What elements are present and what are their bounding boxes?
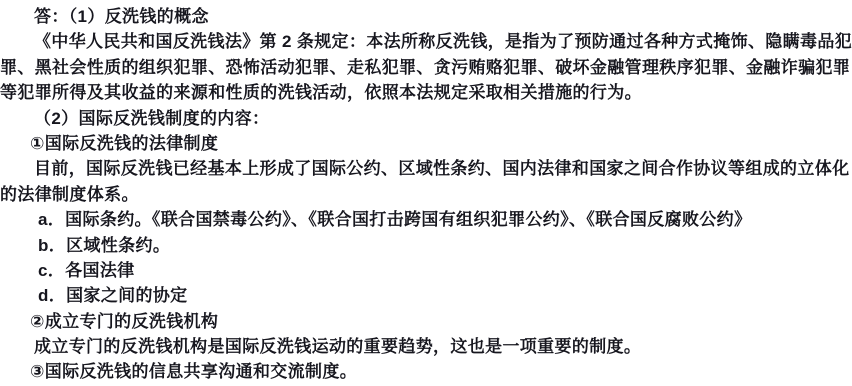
document-page: 答：（1）反洗钱的概念 《中华人民共和国反洗钱法》第 2 条规定：本法所称反洗钱… — [0, 0, 852, 386]
answer-concept-heading: 答：（1）反洗钱的概念 — [0, 4, 852, 29]
item-2-agency-paragraph: 成立专门的反洗钱机构是国际反洗钱运动的重要趋势，这也是一项重要的制度。 — [0, 334, 852, 359]
law-definition-line-2: 罪、黑社会性质的组织犯罪、恐怖活动犯罪、走私犯罪、贪污贿赂犯罪、破坏金融管理秩序… — [0, 55, 852, 80]
sub-item-a-treaties: a．国际条约。《联合国禁毒公约》、《联合国打击跨国有组织犯罪公约》、《联合国反腐… — [0, 207, 852, 232]
section-2-heading: （2）国际反洗钱制度的内容： — [0, 106, 852, 131]
law-definition-line-1: 《中华人民共和国反洗钱法》第 2 条规定：本法所称反洗钱，是指为了预防通过各种方… — [0, 29, 852, 54]
sub-item-b-regional: b．区域性条约。 — [0, 233, 852, 258]
sub-item-c-national-laws: c．各国法律 — [0, 258, 852, 283]
sub-item-d-agreements: d．国家之间的协定 — [0, 283, 852, 308]
law-definition-line-3: 等犯罪所得及其收益的来源和性质的洗钱活动，依照本法规定采取相关措施的行为。 — [0, 80, 852, 105]
item-2-agency-heading: ②成立专门的反洗钱机构 — [0, 309, 852, 334]
legal-system-paragraph-line-2: 的法律制度体系。 — [0, 182, 852, 207]
item-1-legal-system-heading: ①国际反洗钱的法律制度 — [0, 131, 852, 156]
item-3-info-sharing-heading: ③国际反洗钱的信息共享沟通和交流制度。 — [0, 359, 852, 384]
legal-system-paragraph-line-1: 目前，国际反洗钱已经基本上形成了国际公约、区域性条约、国内法律和国家之间合作协议… — [0, 156, 852, 181]
